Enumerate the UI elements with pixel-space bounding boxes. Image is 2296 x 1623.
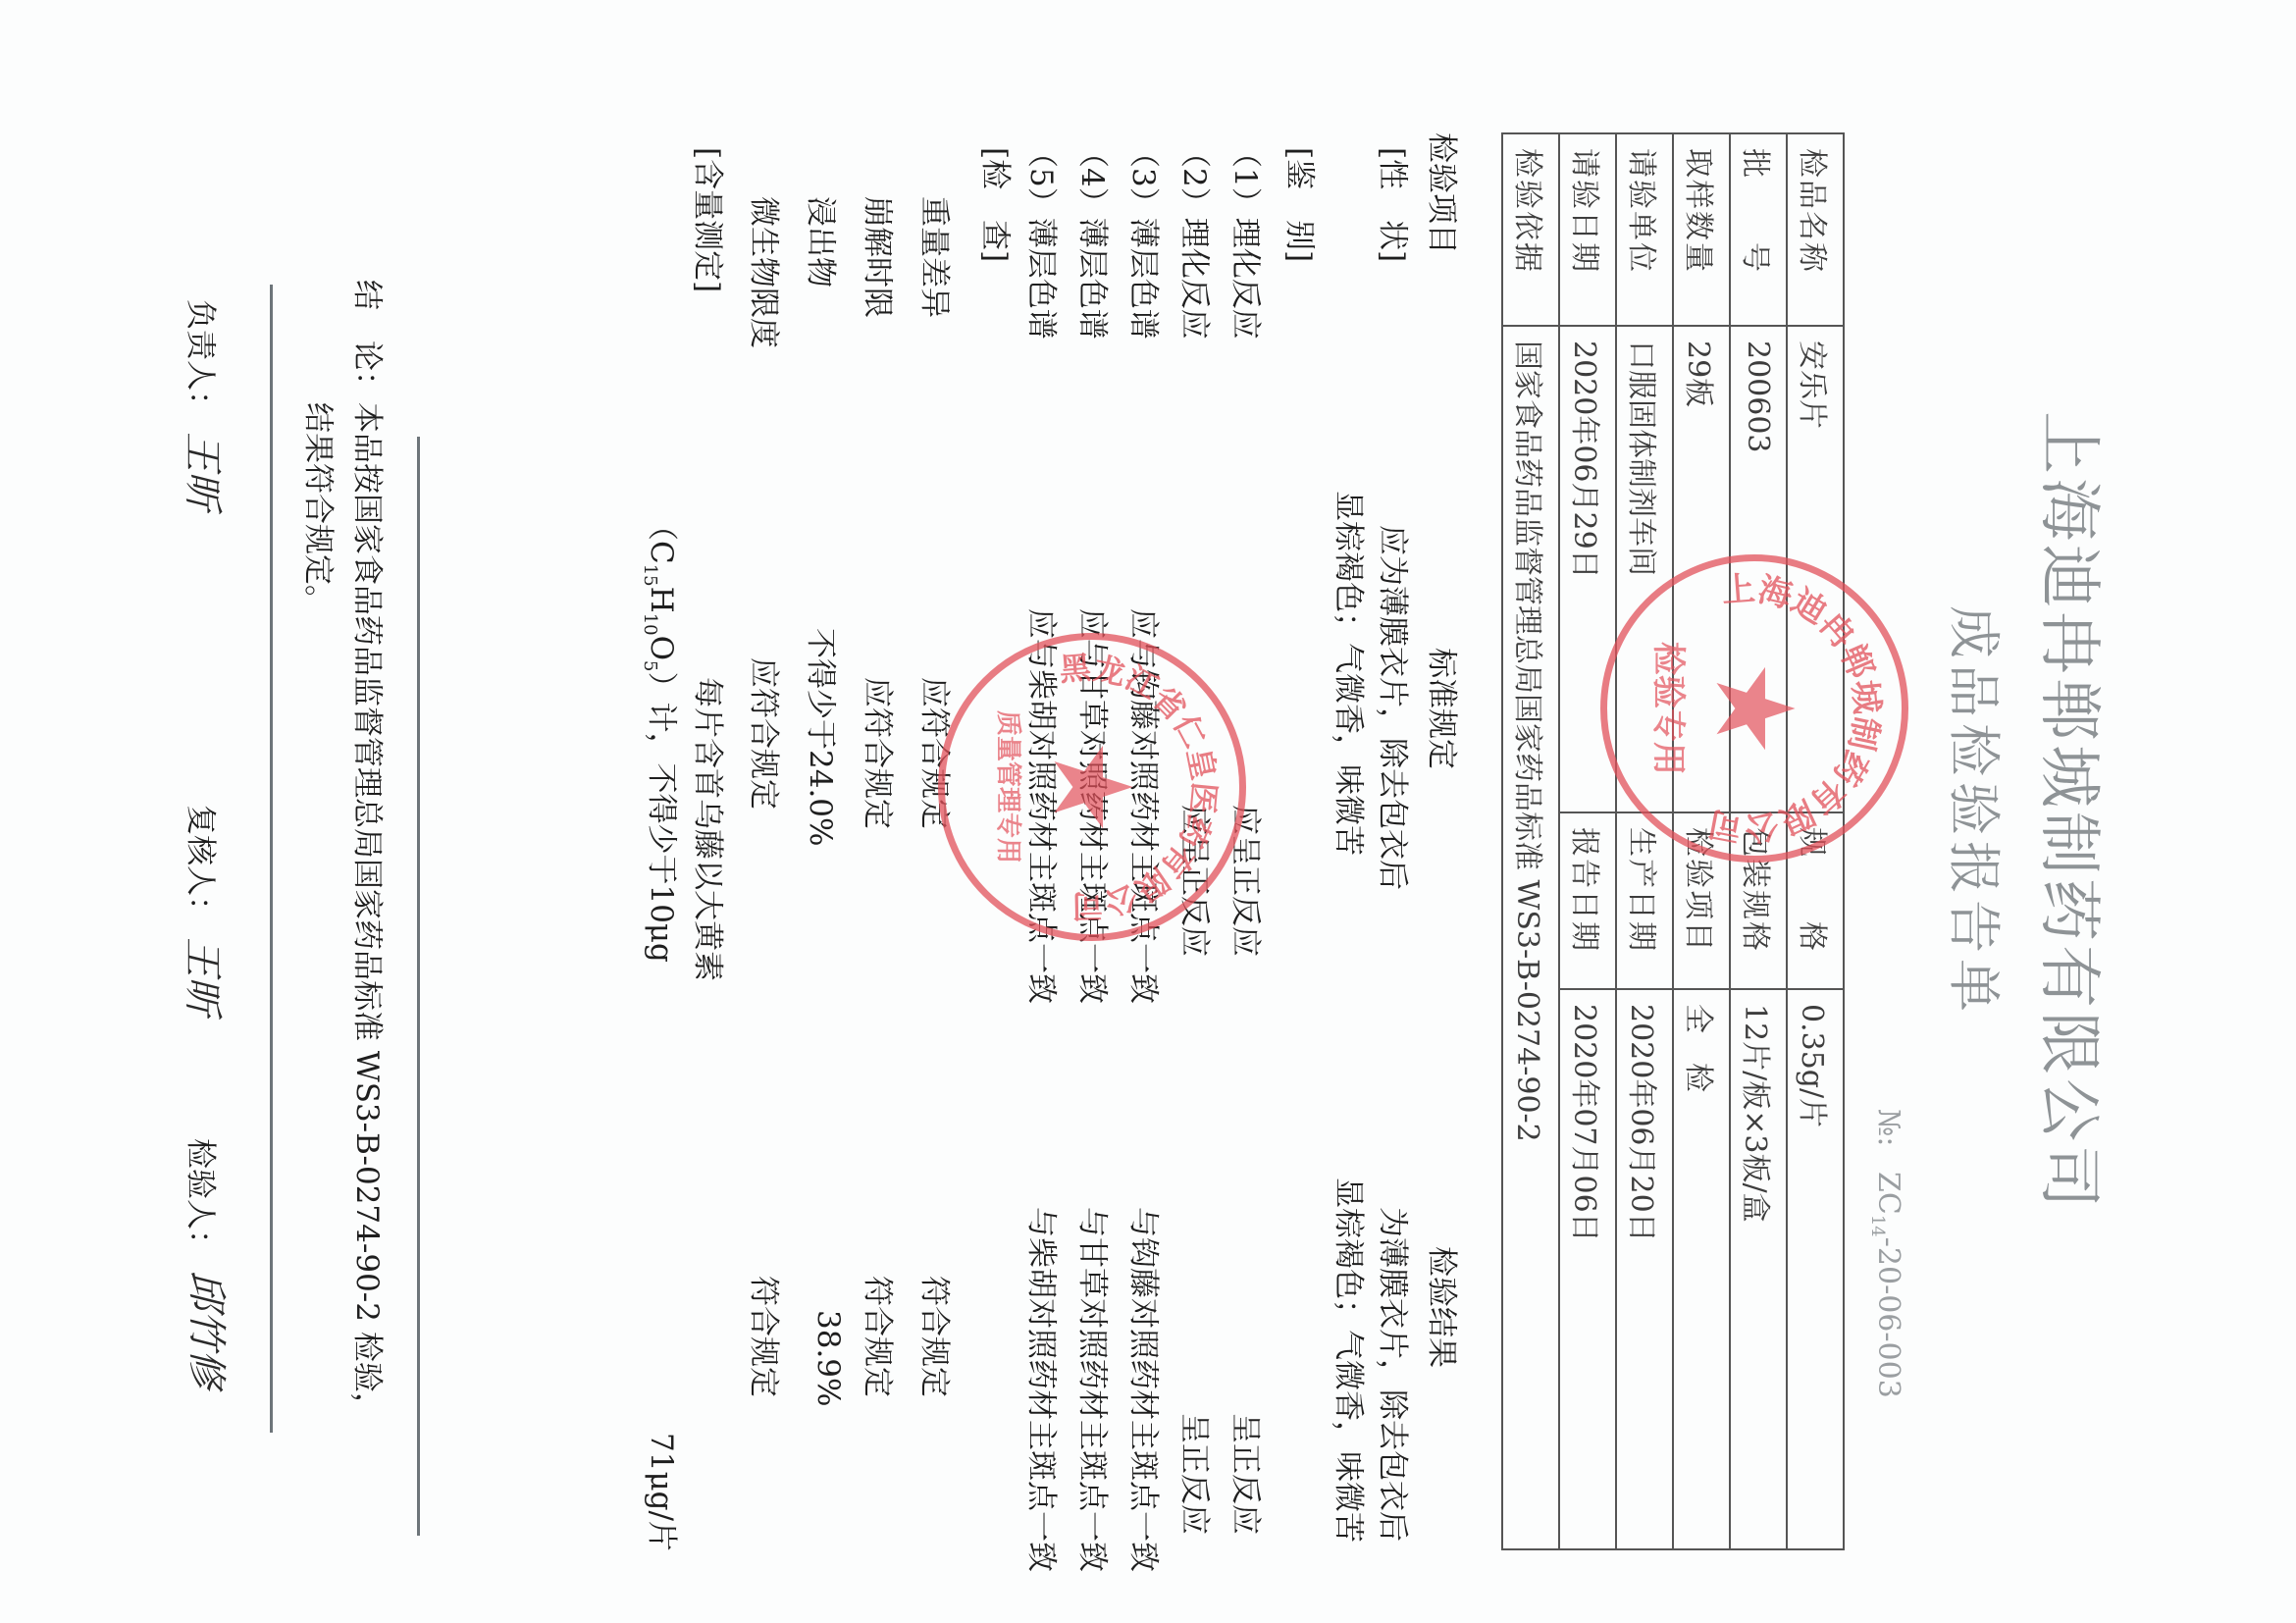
info-value-cell: 安乐片 (1787, 326, 1844, 812)
ident-standard: 应与钩藤对照药材主斑点一致 (1124, 608, 1169, 1004)
info-label-cell: 报告日期 (1559, 812, 1616, 989)
ident-item: （4）薄层色谱 (1073, 137, 1118, 340)
insp-result: 符合规定 (915, 1276, 960, 1397)
info-row: 检品名称安乐片规 格0.35g/片 (1787, 133, 1844, 1549)
inspector-label: 检验人： (182, 1138, 226, 1260)
info-label-cell: 包装规格 (1730, 812, 1787, 989)
product-info-table: 检品名称安乐片规 格0.35g/片批 号200603包装规格12片/板×3板/盒… (1501, 132, 1845, 1550)
info-label-cell: 检验项目 (1673, 812, 1730, 989)
doc-no-suffix: -20-06-003 (1871, 1237, 1905, 1398)
info-row: 批 号200603包装规格12片/板×3板/盒 (1730, 133, 1787, 1549)
responsible-label: 负责人： (182, 299, 226, 421)
ident-item: （2）理化反应 (1175, 137, 1220, 340)
insp-item: 浸出物 (802, 196, 846, 288)
identification-header: [鉴 别] (1280, 147, 1325, 262)
ident-result: 与甘草对照药材主斑点一致 (1073, 1207, 1118, 1572)
insp-result: 符合规定 (859, 1276, 903, 1397)
ident-standard: 应呈正反应 (1226, 805, 1271, 957)
document-number: №: ZC14-20-06-003 (1867, 1109, 1905, 1398)
doc-no-label: №: (1871, 1109, 1905, 1147)
info-value-cell: 29板 (1673, 326, 1730, 812)
insp-result: 符合规定 (745, 1276, 789, 1397)
assay-result: 71μg/片 (643, 1433, 687, 1551)
col-header-result: 检验结果 (1423, 1246, 1467, 1368)
info-row: 请验单位口服固体制剂车间生产日期2020年06月20日 (1616, 133, 1673, 1549)
basis-label: 检验依据 (1502, 133, 1559, 326)
character-result-1: 为薄膜衣片，除去包衣后 (1374, 1207, 1418, 1542)
character-standard-2: 显棕褐色；气微香，味微苦 (1330, 491, 1374, 856)
info-value-cell: 0.35g/片 (1787, 989, 1844, 1549)
info-value-cell: 200603 (1730, 326, 1787, 812)
info-value-cell: 2020年07月06日 (1559, 989, 1616, 1549)
character-standard-1: 应为薄膜衣片，除去包衣后 (1374, 525, 1418, 890)
info-label-cell: 生产日期 (1616, 812, 1673, 989)
ident-item: （1）理化反应 (1226, 137, 1271, 340)
reviewer-label: 复核人： (182, 805, 226, 926)
inspector-signature: 邱竹修 (182, 1271, 237, 1388)
info-value-cell: 2020年06月20日 (1616, 989, 1673, 1549)
info-label-cell: 取样数量 (1673, 133, 1730, 326)
assay-standard-1: 每片含首乌藤以大黄素 (689, 677, 733, 981)
info-label-cell: 批 号 (1730, 133, 1787, 326)
col-header-item: 检验项目 (1423, 132, 1467, 254)
insp-standard: 不得少于24.0% (802, 628, 846, 846)
col-header-standard: 标准规定 (1423, 648, 1467, 769)
assay-header: [含量测定] (689, 147, 733, 292)
insp-standard: 应符合规定 (745, 657, 789, 810)
divider-rule-bottom (270, 285, 273, 1433)
conclusion-label: 结 论： (348, 280, 392, 401)
report-title: 成品检验报告单 (1940, 0, 2015, 1623)
character-header: [性 状] (1374, 147, 1418, 262)
conclusion-line-2: 结果符合规定。 (299, 402, 343, 615)
insp-standard: 应符合规定 (859, 677, 903, 829)
info-value-cell: 全 检 (1673, 989, 1730, 1549)
insp-result: 38.9% (810, 1310, 846, 1406)
ident-item: （5）薄层色谱 (1022, 137, 1067, 340)
ident-standard: 应与柴胡对照药材主斑点一致 (1022, 608, 1067, 1004)
company-name: 上海迪冉郸城制药有限公司 (2029, 0, 2119, 1623)
reviewer-signature: 王昕 (178, 937, 234, 1016)
info-row: 取样数量29板检验项目全 检 (1673, 133, 1730, 1549)
info-value-cell: 2020年06月29日 (1559, 326, 1616, 812)
info-label-cell: 检品名称 (1787, 133, 1844, 326)
insp-item: 崩解时限 (859, 196, 903, 318)
insp-standard: 应符合规定 (915, 677, 960, 829)
insp-item: 微生物限度 (745, 196, 789, 348)
ident-result: 呈正反应 (1226, 1413, 1271, 1535)
ident-result: 呈正反应 (1175, 1413, 1220, 1535)
info-label-cell: 请验单位 (1616, 133, 1673, 326)
ident-result: 与柴胡对照药材主斑点一致 (1022, 1207, 1067, 1572)
inspection-header: [检 查] (976, 147, 1020, 262)
ident-item: （3）薄层色谱 (1124, 137, 1169, 340)
info-label-cell: 规 格 (1787, 812, 1844, 989)
doc-no-sub: 14 (1867, 1215, 1888, 1237)
ident-result: 与钩藤对照药材主斑点一致 (1124, 1207, 1169, 1572)
ident-standard: 应呈正反应 (1175, 805, 1220, 957)
responsible-signature: 王昕 (178, 432, 234, 510)
character-result-2: 显棕褐色；气微香，味微苦 (1330, 1178, 1374, 1543)
divider-rule-top (417, 437, 420, 1536)
insp-item: 重量差异 (915, 196, 960, 318)
ident-standard: 应与甘草对照药材主斑点一致 (1073, 608, 1118, 1004)
info-row-basis: 检验依据国家食品药品监督管理总局国家药品标准 WS3-B-0274-90-2 (1502, 133, 1559, 1549)
info-row: 请验日期2020年06月29日报告日期2020年07月06日 (1559, 133, 1616, 1549)
inspection-report-page: 上海迪冉郸城制药有限公司 成品检验报告单 №: ZC14-20-06-003 检… (0, 0, 2296, 1623)
basis-value: 国家食品药品监督管理总局国家药品标准 WS3-B-0274-90-2 (1502, 326, 1559, 1549)
assay-standard-2: （C15H10O5）计，不得少于10μg (640, 510, 687, 963)
doc-no-prefix: ZC (1871, 1172, 1905, 1215)
info-value-cell: 12片/板×3板/盒 (1730, 989, 1787, 1549)
info-value-cell: 口服固体制剂车间 (1616, 326, 1673, 812)
info-label-cell: 请验日期 (1559, 133, 1616, 326)
conclusion-line-1: 本品按国家食品药品监督管理总局国家药品标准 WS3-B-0274-90-2 检验… (348, 402, 392, 1423)
